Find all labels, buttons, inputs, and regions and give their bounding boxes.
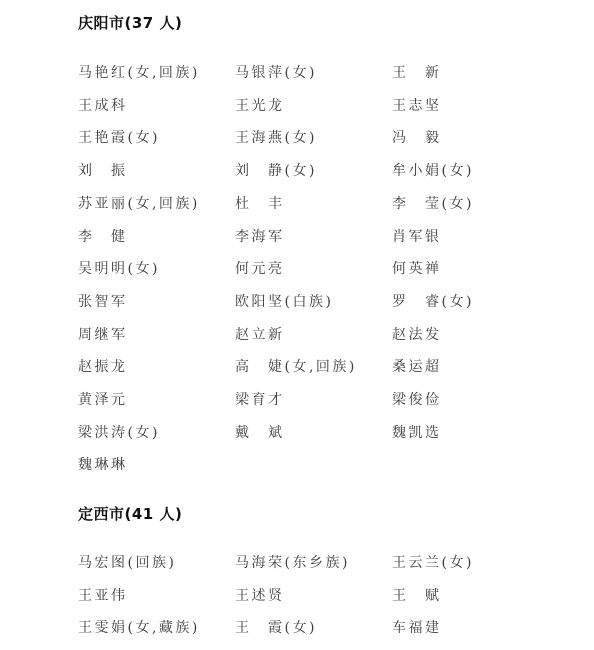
name-entry: 杜 丰 [235, 193, 285, 213]
name-entry: 王亚伟 [78, 585, 128, 605]
name-entry: 李 健 [78, 226, 128, 246]
name-entry: 戴 斌 [235, 422, 285, 442]
name-entry: 何英禅 [392, 258, 442, 278]
name-entry: 王光龙 [235, 95, 285, 115]
name-entry: 苏亚丽(女,回族) [78, 193, 200, 213]
name-entry: 李海军 [235, 226, 285, 246]
name-entry: 王艳霞(女) [78, 127, 160, 147]
name-entry: 桑运超 [392, 356, 442, 376]
name-entry: 王 霞(女) [235, 617, 317, 637]
name-entry: 魏琳琳 [78, 454, 128, 474]
name-entry: 王成科 [78, 95, 128, 115]
name-entry: 王海燕(女) [235, 127, 317, 147]
name-entry: 李 莹(女) [392, 193, 474, 213]
name-entry: 车福建 [392, 617, 442, 637]
name-entry: 赵振龙 [78, 356, 128, 376]
name-entry: 周继军 [78, 324, 128, 344]
name-entry: 王雯娟(女,藏族) [78, 617, 200, 637]
name-entry: 吴明明(女) [78, 258, 160, 278]
name-entry: 马艳红(女,回族) [78, 62, 200, 82]
name-entry: 王 新 [392, 62, 442, 82]
name-entry: 梁洪涛(女) [78, 422, 160, 442]
name-entry: 刘 振 [78, 160, 128, 180]
name-entry: 高 婕(女,回族) [235, 356, 357, 376]
name-entry: 王 赋 [392, 585, 442, 605]
section-title: 庆阳市(37 人) [78, 12, 182, 33]
name-entry: 王志坚 [392, 95, 442, 115]
name-entry: 王述贤 [235, 585, 285, 605]
section-title: 定西市(41 人) [78, 503, 182, 524]
name-entry: 肖军银 [392, 226, 442, 246]
name-entry: 王云兰(女) [392, 552, 474, 572]
name-entry: 黄泽元 [78, 389, 128, 409]
name-entry: 张智军 [78, 291, 128, 311]
name-entry: 罗 睿(女) [392, 291, 474, 311]
name-entry: 赵立新 [235, 324, 285, 344]
name-entry: 马宏图(回族) [78, 552, 176, 572]
name-entry: 冯 毅 [392, 127, 442, 147]
name-entry: 牟小娟(女) [392, 160, 474, 180]
name-entry: 赵法发 [392, 324, 442, 344]
name-entry: 魏凯选 [392, 422, 442, 442]
name-entry: 刘 静(女) [235, 160, 317, 180]
name-entry: 马海荣(东乡族) [235, 552, 350, 572]
name-entry: 梁育才 [235, 389, 285, 409]
name-entry: 梁俊俭 [392, 389, 442, 409]
name-entry: 欧阳坚(白族) [235, 291, 333, 311]
name-entry: 马银萍(女) [235, 62, 317, 82]
name-entry: 何元亮 [235, 258, 285, 278]
